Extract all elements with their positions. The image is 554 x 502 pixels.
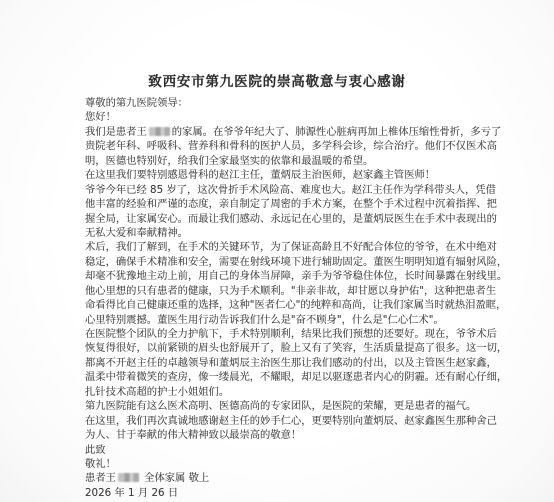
letter-line: 明，医德也特别好，给我们全家最坚实的依靠和最温暖的希望。 — [85, 154, 495, 168]
letter-line: 恢复得很好，以前紧锁的眉头也舒展开了，脸上又有了笑容，生活质量提高了很多。这一切… — [85, 341, 495, 355]
letter-line: 2026 年 1 月 26 日 — [85, 486, 495, 500]
letter-line: 握全局，让家属安心。而最让我们感动、永远记在心里的，是董炳辰医生在手术中表现出的 — [85, 212, 495, 226]
letter-line: 扎针技术高超的护士小姐姐们。 — [85, 385, 495, 399]
letter-line: 敬礼！ — [85, 457, 495, 471]
letter-line: 此致 — [85, 443, 495, 457]
letter-line: 在这里，我们再次真诚地感谢赵主任的妙手仁心，更要特别向董炳辰、赵家鑫医生那种舍己 — [85, 414, 495, 428]
letter-line: 我们是患者王的家属。在爷爷年纪大了、肺源性心脏病再加上椎体压缩性骨折，多亏了 — [85, 125, 495, 139]
letter-line: 他丰富的经验和严谨的态度，亲自制定了周密的手术方案，在整个手术过程中沉着指挥、把 — [85, 197, 495, 211]
letter-line: 心里特别震撼。董医生用行动告诉我们什么是"奋不顾身"，什么是"仁心仁术"。 — [85, 313, 495, 327]
letter-line: 尊敬的第九医院领导： — [85, 96, 495, 110]
letter-page: 致西安市第九医院的崇高敬意与衷心感谢 尊敬的第九医院领导：您好！我们是患者王的家… — [0, 0, 554, 502]
redacted-name-blur — [149, 127, 170, 136]
letter-line: 爷爷今年已经 85 岁了，这次骨折手术风险高、难度也大。赵江主任作为学科带头人，… — [85, 183, 495, 197]
letter-line: 术后，我们了解到，在手术的关键环节，为了保证高龄且不好配合体位的爷爷，在术中绝对 — [85, 240, 495, 254]
letter-line: 为人、甘于奉献的伟大精神致以最崇高的敬意！ — [85, 428, 495, 442]
letter-line: 患者王 全体家属 敬上 — [85, 471, 495, 485]
letter-line: 都离不开赵主任的卓越领导和董炳辰主治医生那让我们感动的付出，以及主管医生赵家鑫， — [85, 356, 495, 370]
letter-line: 他心里想的只有患者的健康，只为手术顺利。"非亲非故，却甘愿以身护佑"，这种把患者… — [85, 284, 495, 298]
redacted-name-blur — [118, 473, 139, 482]
letter-title: 致西安市第九医院的崇高敬意与衷心感谢 — [0, 70, 554, 90]
letter-line: 您好！ — [85, 110, 495, 124]
letter-body: 尊敬的第九医院领导：您好！我们是患者王的家属。在爷爷年纪大了、肺源性心脏病再加上… — [85, 96, 495, 500]
letter-line: 稳定，确保手术精准和安全，需要在射线环境下进行辅助固定。董医生明明知道有辐射风险… — [85, 255, 495, 269]
letter-line: 贵院老年科、呼吸科、营养科和骨科的医护人员，多学科会诊，综合治疗。他们不仅医术高 — [85, 139, 495, 153]
letter-line: 第九医院能有这么医术高明、医德高尚的专家团队，是医院的荣耀，更是患者的福气。 — [85, 399, 495, 413]
letter-line: 在医院整个团队的全力护航下，手术特别顺利，结果比我们预想的还要好。现在，爷爷术后 — [85, 327, 495, 341]
letter-line: 命看得比自己健康还重的选择，这种"医者仁心"的纯粹和高尚，让我们家属当时就热泪盈… — [85, 298, 495, 312]
letter-line: 温柔中带着微笑的查房，像一缕晨光，不耀眼，却足以驱逐患者内心的阴霾。还有耐心仔细… — [85, 370, 495, 384]
letter-line: 无私大爱和奉献精神。 — [85, 226, 495, 240]
letter-line: 却毫不犹豫地主动上前，用自己的身体当屏障，亲手为爷爷稳住体位，长时间暴露在射线里… — [85, 269, 495, 283]
letter-line: 在这里我们要特别感恩骨科的赵江主任，董炳辰主治医师，赵家鑫主管医师！ — [85, 168, 495, 182]
